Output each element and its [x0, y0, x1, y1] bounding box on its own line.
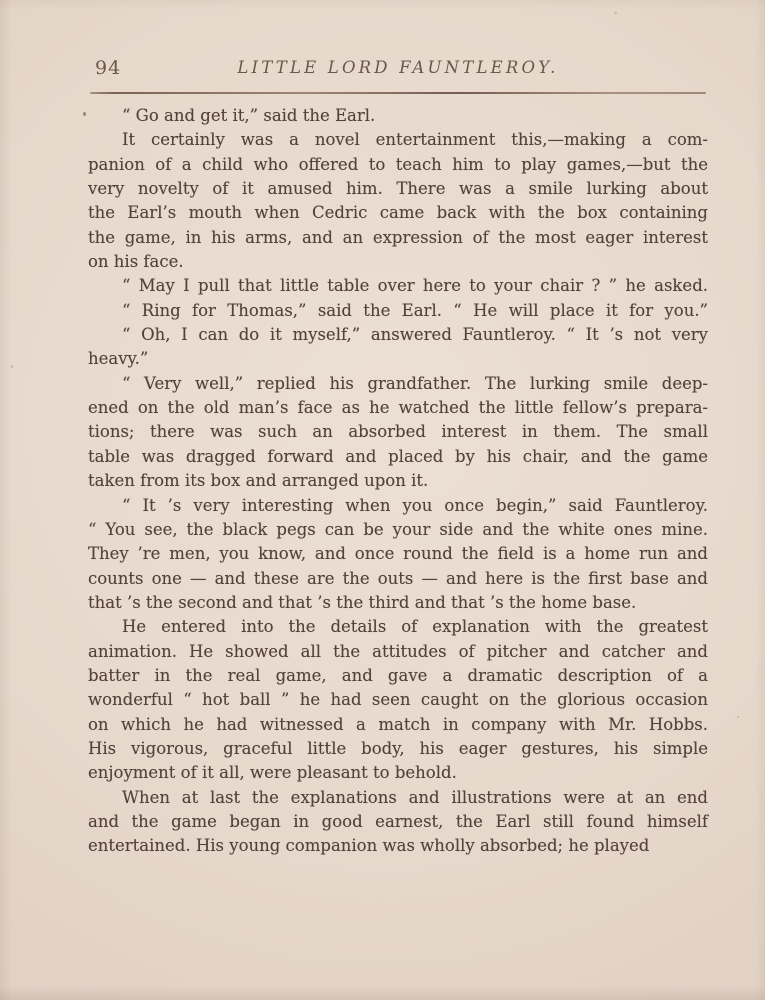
text-line: counts one — and these are the outs — an…	[88, 567, 708, 591]
text-line: “ Go and get it,” said the Earl.	[88, 104, 708, 128]
text-line: entertained. His young companion was who…	[88, 834, 708, 858]
text-line: panion of a child who offered to teach h…	[88, 153, 708, 177]
text-line: It certainly was a novel entertainment t…	[88, 128, 708, 152]
text-line: heavy.”	[88, 347, 708, 371]
paragraph: It certainly was a novel entertainment t…	[88, 128, 708, 274]
text-line: tions; there was such an absorbed intere…	[88, 420, 708, 444]
text-line: very novelty of it amused him. There was…	[88, 177, 708, 201]
text-line: batter in the real game, and gave a dram…	[88, 664, 708, 688]
text-line: His vigorous, graceful little body, his …	[88, 737, 708, 761]
paragraph: He entered into the details of explanati…	[88, 615, 708, 785]
text-line: “ May I pull that little table over here…	[88, 274, 708, 298]
header-rule	[90, 92, 706, 94]
paragraph: “ Very well,” replied his grandfather. T…	[88, 372, 708, 494]
text-line: They ’re men, you know, and once round t…	[88, 542, 708, 566]
text-line: wonderful “ hot ball ” he had seen caugh…	[88, 688, 708, 712]
text-line: “ Ring for Thomas,” said the Earl. “ He …	[88, 299, 708, 323]
text-line: the game, in his arms, and an expression…	[88, 226, 708, 250]
text-line: “ Very well,” replied his grandfather. T…	[88, 372, 708, 396]
paragraph: “ Go and get it,” said the Earl.	[88, 104, 708, 128]
text-line: and the game began in good earnest, the …	[88, 810, 708, 834]
text-line: He entered into the details of explanati…	[88, 615, 708, 639]
text-line: table was dragged forward and placed by …	[88, 445, 708, 469]
paragraph: “ Oh, I can do it myself,” answered Faun…	[88, 323, 708, 372]
text-line: “ It ’s very interesting when you once b…	[88, 494, 708, 518]
paper-speck	[614, 12, 617, 14]
text-line: ened on the old man’s face as he watched…	[88, 396, 708, 420]
text-line: on his face.	[88, 250, 708, 274]
book-page: 94 LITTLE LORD FAUNTLEROY. “ Go and get …	[0, 0, 765, 1000]
text-line: taken from its box and arranged upon it.	[88, 469, 708, 493]
paper-speck	[737, 716, 739, 718]
running-head: LITTLE LORD FAUNTLEROY.	[88, 58, 708, 77]
text-line: “ You see, the black pegs can be your si…	[88, 518, 708, 542]
paragraph: “ Ring for Thomas,” said the Earl. “ He …	[88, 299, 708, 323]
text-line: When at last the explanations and illust…	[88, 786, 708, 810]
paragraph: “ May I pull that little table over here…	[88, 274, 708, 298]
paper-speck	[83, 112, 86, 116]
text-line: on which he had witnessed a match in com…	[88, 713, 708, 737]
text-line: “ Oh, I can do it myself,” answered Faun…	[88, 323, 708, 347]
text-line: animation. He showed all the attitudes o…	[88, 640, 708, 664]
paragraph: “ It ’s very interesting when you once b…	[88, 494, 708, 616]
text-line: the Earl’s mouth when Cedric came back w…	[88, 201, 708, 225]
text-line: that ’s the second and that ’s the third…	[88, 591, 708, 615]
paper-speck	[11, 365, 13, 368]
paragraph: When at last the explanations and illust…	[88, 786, 708, 859]
body-text: “ Go and get it,” said the Earl.It certa…	[88, 104, 708, 859]
text-line: enjoyment of it all, were pleasant to be…	[88, 761, 708, 785]
